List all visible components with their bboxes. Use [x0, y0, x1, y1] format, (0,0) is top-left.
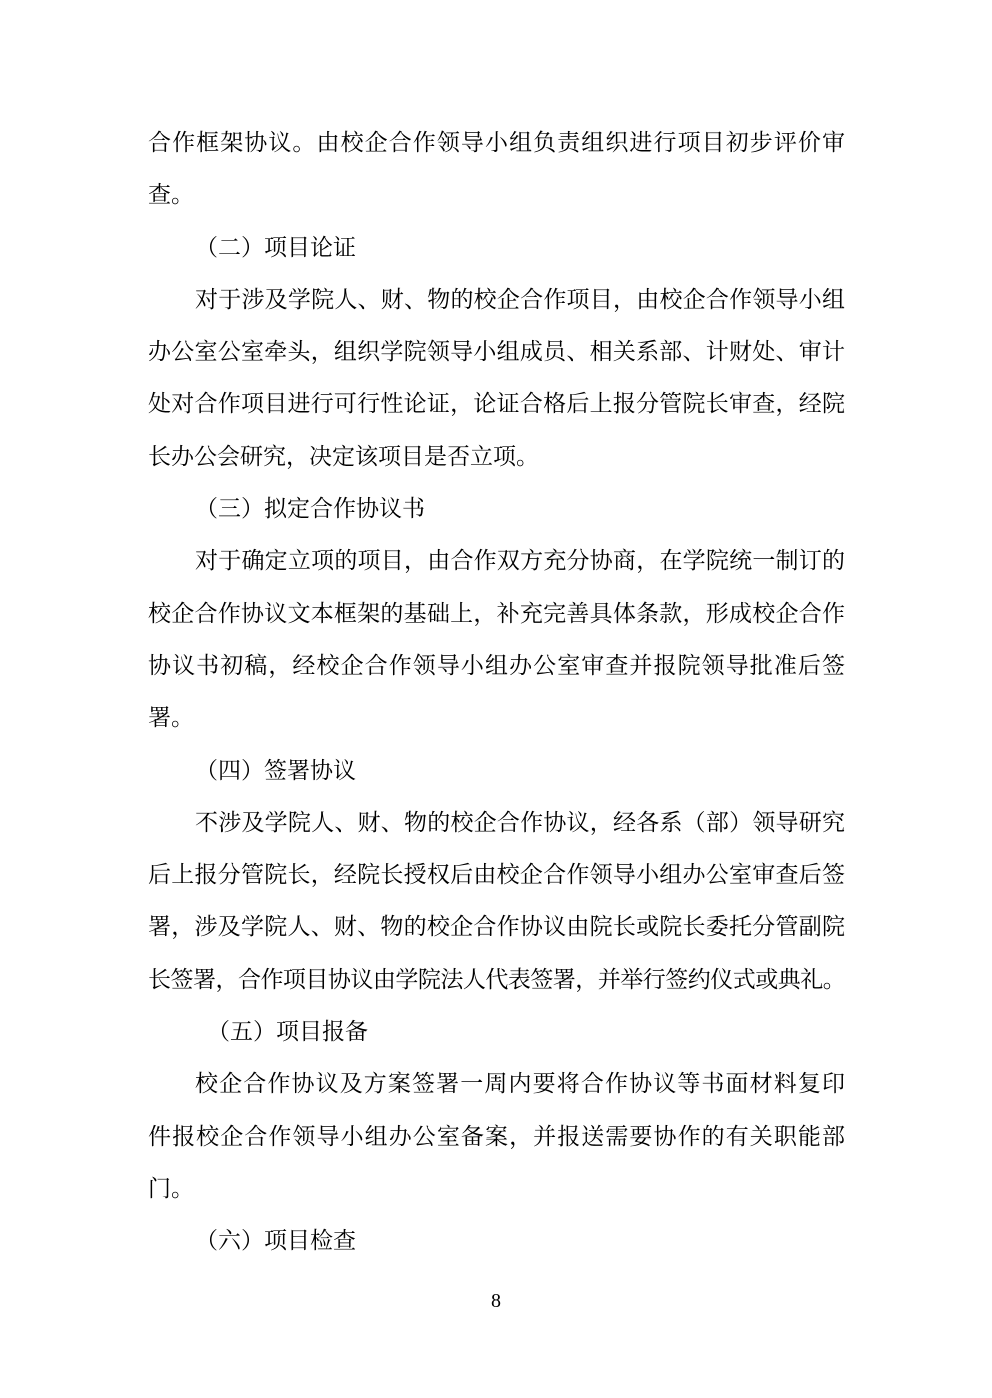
text-line: 长办公会研究，决定该项目是否立项。 — [148, 431, 845, 483]
section-heading: （五）项目报备 — [148, 1006, 845, 1058]
text-line: 不涉及学院人、财、物的校企合作协议，经各系（部）领导研究 — [148, 797, 845, 849]
page-number: 8 — [0, 1290, 992, 1313]
text-line: 后上报分管院长，经院长授权后由校企合作领导小组办公室审查后签 — [148, 849, 845, 901]
section-heading: （二）项目论证 — [148, 222, 845, 274]
text-line: 查。 — [148, 169, 845, 221]
text-line: 校企合作协议及方案签署一周内要将合作协议等书面材料复印 — [148, 1058, 845, 1110]
text-line: 办公室公室牵头，组织学院领导小组成员、相关系部、计财处、审计 — [148, 326, 845, 378]
text-line: 件报校企合作领导小组办公室备案，并报送需要协作的有关职能部 — [148, 1111, 845, 1163]
text-line: 署。 — [148, 692, 845, 744]
text-line: 对于确定立项的项目，由合作双方充分协商，在学院统一制订的 — [148, 535, 845, 587]
text-line: 校企合作协议文本框架的基础上，补充完善具体条款，形成校企合作 — [148, 588, 845, 640]
text-line: 对于涉及学院人、财、物的校企合作项目，由校企合作领导小组 — [148, 274, 845, 326]
section-heading: （三）拟定合作协议书 — [148, 483, 845, 535]
section-heading: （四）签署协议 — [148, 745, 845, 797]
section-heading: （六）项目检查 — [148, 1215, 845, 1267]
document-page: 合作框架协议。由校企合作领导小组负责组织进行项目初步评价审 查。 （二）项目论证… — [0, 0, 992, 1398]
page-content: 合作框架协议。由校企合作领导小组负责组织进行项目初步评价审 查。 （二）项目论证… — [148, 117, 845, 1268]
text-line: 协议书初稿，经校企合作领导小组办公室审查并报院领导批准后签 — [148, 640, 845, 692]
text-line: 合作框架协议。由校企合作领导小组负责组织进行项目初步评价审 — [148, 117, 845, 169]
text-line: 署，涉及学院人、财、物的校企合作协议由院长或院长委托分管副院 — [148, 901, 845, 953]
text-line: 处对合作项目进行可行性论证，论证合格后上报分管院长审查，经院 — [148, 378, 845, 430]
text-line: 长签署，合作项目协议由学院法人代表签署，并举行签约仪式或典礼。 — [148, 954, 845, 1006]
text-line: 门。 — [148, 1163, 845, 1215]
